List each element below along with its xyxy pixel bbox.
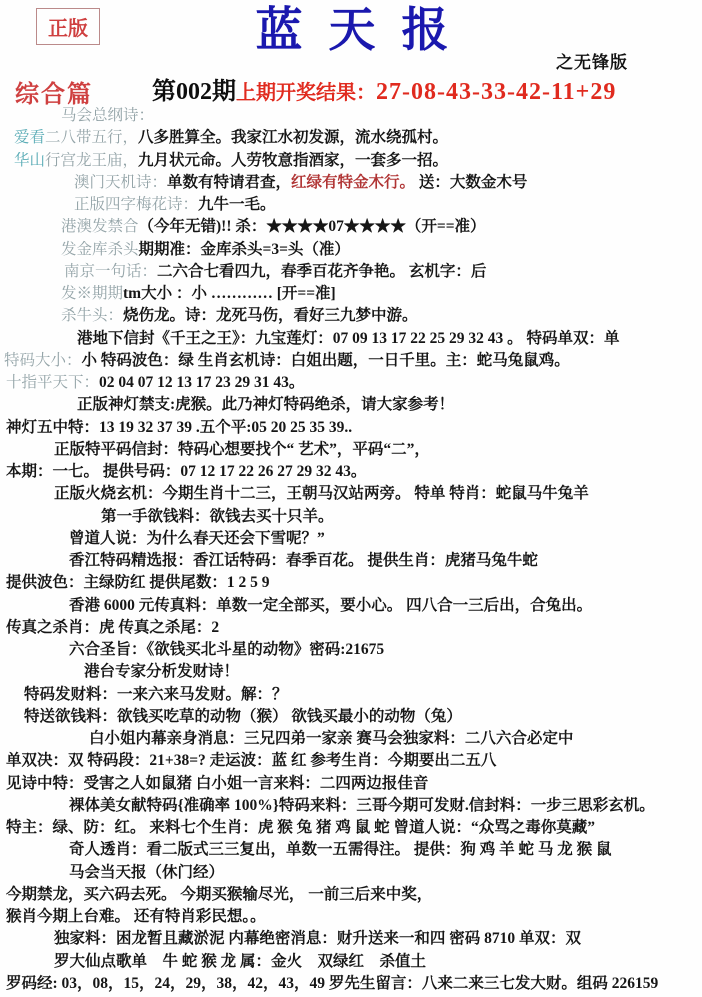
- text-segment: 本期：一七。 提供号码：07 12 17 22 26 27 29 32 43。: [6, 463, 366, 480]
- text-line: 正版四字梅花诗：九牛一毛。: [4, 194, 700, 216]
- text-line: 罗大仙点歌单 牛 蛇 猴 龙 属：金火 双绿红 杀值土: [4, 951, 700, 973]
- text-segment: 独家料：困龙暂且藏淤泥 内幕绝密消息：财升送来一和四 密码 8710 单双：双: [54, 930, 581, 947]
- text-line: 澳门天机诗：单数有特请君查，红绿有特金木行。 送：大数金木号: [4, 172, 700, 194]
- text-segment: 九月状元命。人劳牧意指酒家，一套多一招。: [138, 152, 448, 169]
- text-line: 见诗中特：受害之人如鼠猪 白小姐一言来料：二四两边报佳音: [4, 773, 700, 795]
- text-line: 马会总纲诗：: [4, 105, 700, 127]
- text-line: 猴肖今期上台难。 还有特肖彩民想。。: [4, 906, 700, 928]
- text-segment: 华山: [14, 152, 45, 169]
- text-line: 港台专家分析发财诗！: [4, 661, 700, 683]
- text-segment: 罗码经: 03，08，15，24，29，38，42，43，49 罗先生留言：八来…: [6, 975, 658, 992]
- text-segment: 二八带五行，: [45, 129, 138, 146]
- text-segment: 烧伤龙。诗：龙死马伤，看好三九梦中游。: [123, 307, 418, 324]
- text-line: 独家料：困龙暂且藏淤泥 内幕绝密消息：财升送来一和四 密码 8710 单双：双: [4, 928, 700, 950]
- text-line: 南京一句话：二六合七看四九，春季百花齐争艳。 玄机字：后: [4, 261, 700, 283]
- text-segment: 香江特码精选报：香江话特码：春季百花。 提供生肖：虎猪马兔牛蛇: [69, 552, 538, 569]
- text-line: 奇人透肖：看二版式三三复出，单数一五需得注。 提供：狗 鸡 羊 蛇 马 龙 猴 …: [4, 839, 700, 861]
- text-segment: 香港 6000 元传真料：单数一定全部买，要小心。 四八合一三后出，合兔出。: [69, 597, 592, 614]
- text-segment: 提供波色：主绿防红 提供尾数：1 2 5 9: [6, 574, 270, 591]
- text-line: 提供波色：主绿防红 提供尾数：1 2 5 9: [4, 572, 700, 594]
- text-line: 神灯五中特：13 19 32 37 39 .五个平:05 20 25 35 39…: [4, 417, 700, 439]
- text-line: 特主：绿、防：红。 来料七个生肖：虎 猴 兔 猪 鸡 鼠 蛇 曾道人说：“众骂之…: [4, 817, 700, 839]
- text-segment: 爱看: [14, 129, 45, 146]
- text-segment: 马会总纲诗：: [61, 107, 154, 124]
- text-line: 传真之杀肖：虎 传真之杀尾：2: [4, 617, 700, 639]
- text-line: 港地下信封《千王之王》：九宝莲灯：07 09 13 17 22 25 29 32…: [4, 328, 700, 350]
- text-segment: 单数有特请君查，: [167, 174, 291, 191]
- text-segment: 罗大仙点歌单 牛 蛇 猴 龙 属：金火 双绿红 杀值土: [54, 953, 426, 970]
- text-segment: 特码发财料：一来六来马发财。解：？: [24, 686, 288, 703]
- text-segment: 十指平天下：: [6, 374, 99, 391]
- text-segment: （今年无错)!! 杀：★★★★07★★★★（开==准）: [139, 218, 486, 235]
- last-draw-result-label: 上期开奖结果：: [236, 82, 376, 104]
- text-line: 正版特平码信封：特码心想要找个“ 艺术”，平码“二”，: [4, 439, 700, 461]
- text-segment: 特主：绿、防：红。 来料七个生肖：虎 猴 兔 猪 鸡 鼠 蛇 曾道人说：“众骂之…: [6, 819, 595, 836]
- text-line: 港澳发禁合（今年无错)!! 杀：★★★★07★★★★（开==准）: [4, 216, 700, 238]
- text-line: 十指平天下：02 04 07 12 13 17 23 29 31 43。: [4, 372, 700, 394]
- text-segment: 港台专家分析发财诗！: [84, 663, 239, 680]
- text-line: 正版神灯禁支:虎猴。此乃神灯特码绝杀，请大家参考！: [4, 394, 700, 416]
- scanned-lottery-sheet: 正版 蓝天报 之无锋版 综合篇 第002期上期开奖结果：27-08-43-33-…: [0, 0, 702, 997]
- text-line: 本期：一七。 提供号码：07 12 17 22 26 27 29 32 43。: [4, 461, 700, 483]
- text-line: 裸体美女献特码{准确率 100%}特码来料：三哥今期可发财.信封料：一步三思彩玄…: [4, 795, 700, 817]
- text-segment: 曾道人说：为什么春天还会下雪呢？”: [69, 530, 325, 547]
- text-segment: 八多胜算全。我家江水初发源，流水绕孤村。: [138, 129, 448, 146]
- text-segment: 猴肖今期上台难。 还有特肖彩民想。。: [6, 908, 266, 925]
- text-line: 罗码经: 03，08，15，24，29，38，42，43，49 罗先生留言：八来…: [4, 973, 700, 995]
- text-line: 爱看二八带五行，八多胜算全。我家江水初发源，流水绕孤村。: [4, 127, 700, 149]
- text-segment: 送：大数金木号: [415, 174, 527, 191]
- text-segment: 红绿有特金木行。: [291, 174, 415, 191]
- text-segment: 白小姐内幕亲身消息：三兄四弟一家亲 赛马会独家料：二八六合必定中: [89, 730, 573, 747]
- text-segment: 港地下信封《千王之王》：九宝莲灯：07 09 13 17 22 25 29 32…: [77, 330, 620, 347]
- issue-number: 第002期: [152, 79, 236, 105]
- text-segment: 杀牛头：: [61, 307, 123, 324]
- issue-result-row: 第002期上期开奖结果：27-08-43-33-42-11+29: [152, 71, 616, 106]
- text-segment: 特码大小：: [4, 352, 82, 369]
- text-segment: 奇人透肖：看二版式三三复出，单数一五需得注。 提供：狗 鸡 羊 蛇 马 龙 猴 …: [69, 841, 612, 858]
- text-segment: 南京一句话：: [64, 263, 157, 280]
- last-draw-result-numbers: 27-08-43-33-42-11+29: [376, 79, 616, 105]
- text-line: 正版火烧玄机：今期生肖十二三，王朝马汉站两旁。 特单 特肖：蛇鼠马牛兔羊: [4, 483, 700, 505]
- text-line: 特送欲钱料：欲钱买吃草的动物（猴） 欲钱买最小的动物（兔）: [4, 706, 700, 728]
- text-segment: 见诗中特：受害之人如鼠猪 白小姐一言来料：二四两边报佳音: [6, 775, 428, 792]
- text-segment: 传真之杀肖：虎 传真之杀尾：2: [6, 619, 219, 636]
- text-line: 马会当天报（休门经）: [4, 862, 700, 884]
- text-segment: 九牛一毛。: [198, 196, 276, 213]
- text-segment: 特送欲钱料：欲钱买吃草的动物（猴） 欲钱买最小的动物（兔）: [24, 708, 462, 725]
- text-segment: 正版特平码信封：特码心想要找个“ 艺术”，平码“二”，: [54, 441, 430, 458]
- body-lines: 马会总纲诗：爱看二八带五行，八多胜算全。我家江水初发源，流水绕孤村。华山行宫龙王…: [4, 105, 700, 995]
- text-segment: 小 特码波色：绿 生肖玄机诗：白姐出题，一日千里。主：蛇马兔鼠鸡。: [82, 352, 570, 369]
- edition-label: 之无锋版: [556, 48, 628, 73]
- text-line: 曾道人说：为什么春天还会下雪呢？”: [4, 528, 700, 550]
- text-segment: 正版神灯禁支:虎猴。此乃神灯特码绝杀，请大家参考！: [77, 396, 454, 413]
- text-line: 香江特码精选报：香江话特码：春季百花。 提供生肖：虎猪马兔牛蛇: [4, 550, 700, 572]
- text-segment: 02 04 07 12 13 17 23 29 31 43。: [99, 374, 304, 391]
- section-label: 综合篇: [15, 74, 93, 109]
- text-segment: 正版四字梅花诗：: [74, 196, 198, 213]
- text-segment: 行宫龙王庙，: [45, 152, 138, 169]
- text-line: 特码大小：小 特码波色：绿 生肖玄机诗：白姐出题，一日千里。主：蛇马兔鼠鸡。: [4, 350, 700, 372]
- text-segment: 第一手欲钱料：欲钱去买十只羊。: [101, 508, 334, 525]
- text-segment: 单双决：双 特码段：21+38=? 走运波：蓝 红 参考生肖：今期要出二五八: [6, 752, 496, 769]
- text-segment: 今期禁龙，买六码去死。 今期买猴输尽光， 一前三后来中奖，: [6, 886, 432, 903]
- text-line: 今期禁龙，买六码去死。 今期买猴输尽光， 一前三后来中奖，: [4, 884, 700, 906]
- text-line: 杀牛头：烧伤龙。诗：龙死马伤，看好三九梦中游。: [4, 305, 700, 327]
- text-segment: 二六合七看四九，春季百花齐争艳。 玄机字：后: [157, 263, 486, 280]
- text-line: 白小姐内幕亲身消息：三兄四弟一家亲 赛马会独家料：二八六合必定中: [4, 728, 700, 750]
- text-segment: tm大小 ：小 ………… [开==准]: [123, 285, 336, 302]
- text-segment: 六合圣旨：《欲钱买北斗星的动物》密码:21675: [69, 641, 384, 658]
- text-segment: 港澳发禁合: [61, 218, 139, 235]
- text-line: 华山行宫龙王庙，九月状元命。人劳牧意指酒家，一套多一招。: [4, 150, 700, 172]
- text-segment: 马会当天报（休门经）: [69, 864, 224, 881]
- text-line: 第一手欲钱料：欲钱去买十只羊。: [4, 506, 700, 528]
- text-line: 发金库杀头期期准：金库杀头=3=头（准）: [4, 239, 700, 261]
- text-line: 香港 6000 元传真料：单数一定全部买，要小心。 四八合一三后出，合兔出。: [4, 595, 700, 617]
- text-segment: 期期准：金库杀头=3=头（准）: [139, 241, 350, 258]
- text-segment: 发※期期: [61, 285, 123, 302]
- text-line: 特码发财料：一来六来马发财。解：？: [4, 684, 700, 706]
- text-segment: 正版火烧玄机：今期生肖十二三，王朝马汉站两旁。 特单 特肖：蛇鼠马牛兔羊: [54, 485, 589, 502]
- text-line: 六合圣旨：《欲钱买北斗星的动物》密码:21675: [4, 639, 700, 661]
- text-segment: 神灯五中特：13 19 32 37 39 .五个平:05 20 25 35 39…: [6, 419, 352, 436]
- text-line: 单双决：双 特码段：21+38=? 走运波：蓝 红 参考生肖：今期要出二五八: [4, 750, 700, 772]
- text-line: 发※期期tm大小 ：小 ………… [开==准]: [4, 283, 700, 305]
- text-segment: 发金库杀头: [61, 241, 139, 258]
- text-segment: 裸体美女献特码{准确率 100%}特码来料：三哥今期可发财.信封料：一步三思彩玄…: [69, 797, 655, 814]
- text-segment: 澳门天机诗：: [74, 174, 167, 191]
